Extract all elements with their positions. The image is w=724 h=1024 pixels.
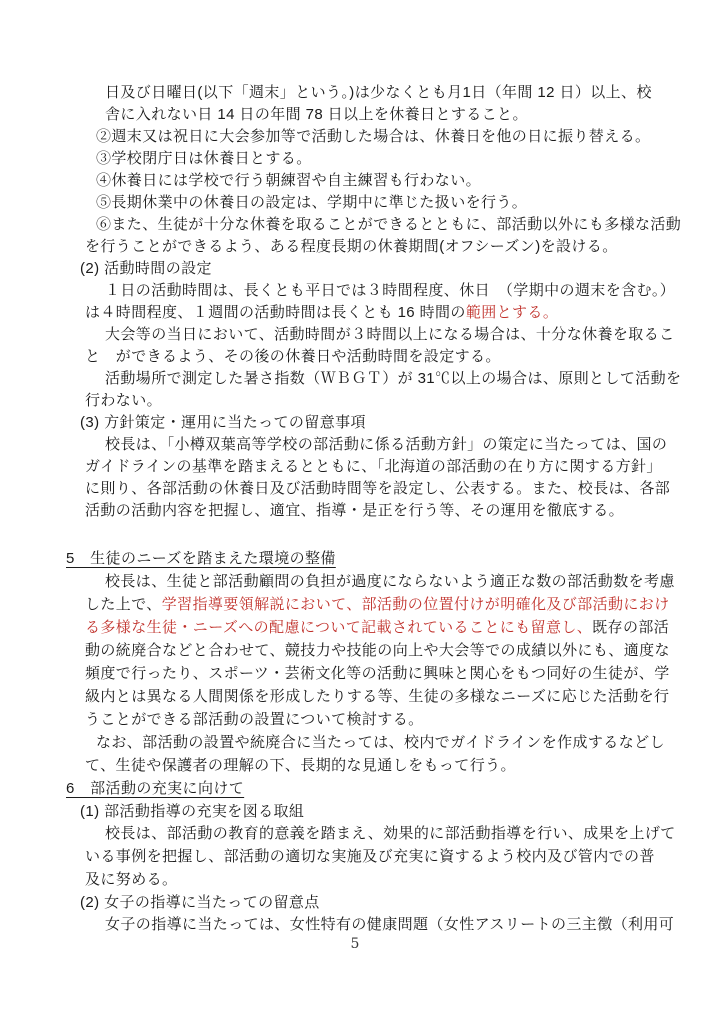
text-segment: いる事例を把握し、部活動の適切な実施及び充実に資するよう校内及び管内での普 <box>85 848 655 865</box>
section-5-heading: 5 生徒のニーズを踏まえた環境の整備 <box>66 550 336 568</box>
list-item-5: ⑤長期休業中の休養日の設定は、学期中に準じた扱いを行う。 <box>96 194 527 212</box>
text-segment: 活動の活動内容を把握し、適宜、指導・是正を行う等、その運用を徹底する。 <box>85 502 624 519</box>
document-line: 活動場所で測定した暑さ指数（ＷＢＧＴ）が 31℃以上の場合は、原則として活動を <box>105 370 681 388</box>
text-segment: ガイドラインの基準を踏まえるとともに、「北海道の部活動の在り方に関する方針」 <box>85 458 662 475</box>
text-segment: (2) 女子の指導に当たっての留意点 <box>80 894 320 911</box>
document-line: 動の統廃合などと合わせて、競技力や技能の向上や大会等での成績以外にも、適度な <box>85 642 670 660</box>
document-line: と ができるよう、その後の休養日や活動時間を設定する。 <box>85 348 501 366</box>
text-segment: を行うことができるよう、ある程度長期の休養期間(オフシーズン)を設ける。 <box>85 238 618 255</box>
text-segment: (3) 方針策定・運用に当たっての留意事項 <box>80 414 366 431</box>
document-line: 活動の活動内容を把握し、適宜、指導・是正を行う等、その運用を徹底する。 <box>85 502 624 520</box>
text-segment: 舎に入れない日 14 日の年間 78 日以上を休養日とすること。 <box>105 106 528 123</box>
text-segment: (1) 部活動指導の充実を図る取組 <box>80 803 304 820</box>
text-segment: は４時間程度、１週間の活動時間は長くとも 16 時間の <box>85 304 466 321</box>
list-item-6: ⑥また、生徒が十分な休養を取ることができるとともに、部活動以外にも多様な活動 <box>96 216 681 234</box>
section-6-heading: 6 部活動の充実に向けて <box>66 780 244 798</box>
highlighted-text: 範囲とする。 <box>466 304 558 321</box>
document-line: １日の活動時間は、長くとも平日では３時間程度、休日 （学期中の週末を含む。） <box>105 282 675 300</box>
highlighted-text: る多様な生徒・ニーズへの配慮について記載されていることにも留意し、 <box>85 619 592 636</box>
text-segment: 頻度で行ったり、スポーツ・芸術文化等の活動に興味と関心をもつ同好の生徒が、学 <box>85 665 670 682</box>
subsection-2-heading: (2) 活動時間の設定 <box>80 260 212 278</box>
document-line: 日及び日曜日(以下「週末」という。)は少なくとも月1日（年間 12 日）以上、校 <box>105 84 652 102</box>
text-segment: (2) 活動時間の設定 <box>80 260 212 277</box>
document-line: て、生徒や保護者の理解の下、長期的な見通しをもって行う。 <box>85 757 516 775</box>
document-page: 日及び日曜日(以下「週末」という。)は少なくとも月1日（年間 12 日）以上、校… <box>0 0 724 1024</box>
text-segment: 動の統廃合などと合わせて、競技力や技能の向上や大会等での成績以外にも、適度な <box>85 642 670 659</box>
subsection-1-heading: (1) 部活動指導の充実を図る取組 <box>80 803 304 821</box>
highlighted-text: 学習指導要領解説において、部活動の位置付けが明確化及び部活動におけ <box>162 596 670 613</box>
text-segment: ⑥また、生徒が十分な休養を取ることができるとともに、部活動以外にも多様な活動 <box>96 216 681 233</box>
text-segment: 校長は、部活動の教育的意義を踏まえ、効果的に部活動指導を行い、成果を上げて <box>105 825 676 842</box>
list-item-4: ④休養日には学校で行う朝練習や自主練習も行わない。 <box>96 172 481 190</box>
document-line: 女子の指導に当たっては、女性特有の健康問題（女性アスリートの三主徴（利用可 <box>105 916 674 934</box>
text-segment: ③学校閉庁日は休養日とする。 <box>96 150 312 167</box>
text-segment: 大会等の当日において、活動時間が３時間以上になる場合は、十分な休養を取るこ <box>105 326 675 343</box>
text-segment: した上で、 <box>85 596 162 613</box>
document-line: 大会等の当日において、活動時間が３時間以上になる場合は、十分な休養を取るこ <box>105 326 675 344</box>
text-segment: うことができる部活動の設置について検討する。 <box>85 711 424 728</box>
subsection-3-heading: (3) 方針策定・運用に当たっての留意事項 <box>80 414 366 432</box>
text-segment: 級内とは異なる人間関係を形成したりする等、生徒の多様なニーズに応じた活動を行 <box>85 688 669 705</box>
document-line: は４時間程度、１週間の活動時間は長くとも 16 時間の範囲とする。 <box>85 304 558 322</box>
text-segment: に則り、各部活動の休養日及び活動時間等を設定し、公表する。また、校長は、各部 <box>85 480 670 497</box>
text-segment: 5 生徒のニーズを踏まえた環境の整備 <box>66 550 336 567</box>
list-item-3: ③学校閉庁日は休養日とする。 <box>96 150 312 168</box>
text-segment: １日の活動時間は、長くとも平日では３時間程度、休日 （学期中の週末を含む。） <box>105 282 675 299</box>
page-number: 5 <box>0 936 710 952</box>
document-line: に則り、各部活動の休養日及び活動時間等を設定し、公表する。また、校長は、各部 <box>85 480 670 498</box>
text-segment: ②週末又は祝日に大会参加等で活動した場合は、休養日を他の日に振り替える。 <box>96 128 650 145</box>
text-segment: 6 部活動の充実に向けて <box>66 780 244 797</box>
text-segment: なお、部活動の設置や統廃合に当たっては、校内でガイドラインを作成するなどし <box>96 734 665 751</box>
text-segment: ⑤長期休業中の休養日の設定は、学期中に準じた扱いを行う。 <box>96 194 527 211</box>
subsection-2-girls-heading: (2) 女子の指導に当たっての留意点 <box>80 894 320 912</box>
text-segment: ④休養日には学校で行う朝練習や自主練習も行わない。 <box>96 172 481 189</box>
text-segment: 日及び日曜日(以下「週末」という。)は少なくとも月1日（年間 12 日）以上、校 <box>105 84 652 101</box>
text-segment: て、生徒や保護者の理解の下、長期的な見通しをもって行う。 <box>85 757 516 774</box>
document-line: なお、部活動の設置や統廃合に当たっては、校内でガイドラインを作成するなどし <box>96 734 665 752</box>
text-segment: 行わない。 <box>85 392 162 409</box>
text-segment: 校長は、生徒と部活動顧問の負担が過度にならないよう適正な数の部活動数を考慮 <box>105 573 675 590</box>
text-segment: 既存の部活 <box>592 619 669 636</box>
document-line: 舎に入れない日 14 日の年間 78 日以上を休養日とすること。 <box>105 106 528 124</box>
text-segment: 及に努める。 <box>85 871 177 888</box>
document-line: 頻度で行ったり、スポーツ・芸術文化等の活動に興味と関心をもつ同好の生徒が、学 <box>85 665 670 683</box>
document-line: 校長は、生徒と部活動顧問の負担が過度にならないよう適正な数の部活動数を考慮 <box>105 573 675 591</box>
document-line: ガイドラインの基準を踏まえるとともに、「北海道の部活動の在り方に関する方針」 <box>85 458 662 476</box>
document-line: 級内とは異なる人間関係を形成したりする等、生徒の多様なニーズに応じた活動を行 <box>85 688 669 706</box>
text-segment: 校長は、「小樽双葉高等学校の部活動に係る活動方針」の策定に当たっては、国の <box>105 436 667 453</box>
document-line: いる事例を把握し、部活動の適切な実施及び充実に資するよう校内及び管内での普 <box>85 848 655 866</box>
list-item-2: ②週末又は祝日に大会参加等で活動した場合は、休養日を他の日に振り替える。 <box>96 128 650 146</box>
text-segment: 女子の指導に当たっては、女性特有の健康問題（女性アスリートの三主徴（利用可 <box>105 916 674 933</box>
document-line: 行わない。 <box>85 392 162 410</box>
document-line: うことができる部活動の設置について検討する。 <box>85 711 424 729</box>
document-line: 及に努める。 <box>85 871 177 889</box>
document-line: る多様な生徒・ニーズへの配慮について記載されていることにも留意し、既存の部活 <box>85 619 669 637</box>
document-line: を行うことができるよう、ある程度長期の休養期間(オフシーズン)を設ける。 <box>85 238 618 256</box>
text-segment: と ができるよう、その後の休養日や活動時間を設定する。 <box>85 348 501 365</box>
text-segment: 活動場所で測定した暑さ指数（ＷＢＧＴ）が 31℃以上の場合は、原則として活動を <box>105 370 681 387</box>
document-line: 校長は、部活動の教育的意義を踏まえ、効果的に部活動指導を行い、成果を上げて <box>105 825 676 843</box>
document-line: 校長は、「小樽双葉高等学校の部活動に係る活動方針」の策定に当たっては、国の <box>105 436 667 454</box>
document-line: した上で、学習指導要領解説において、部活動の位置付けが明確化及び部活動におけ <box>85 596 670 614</box>
